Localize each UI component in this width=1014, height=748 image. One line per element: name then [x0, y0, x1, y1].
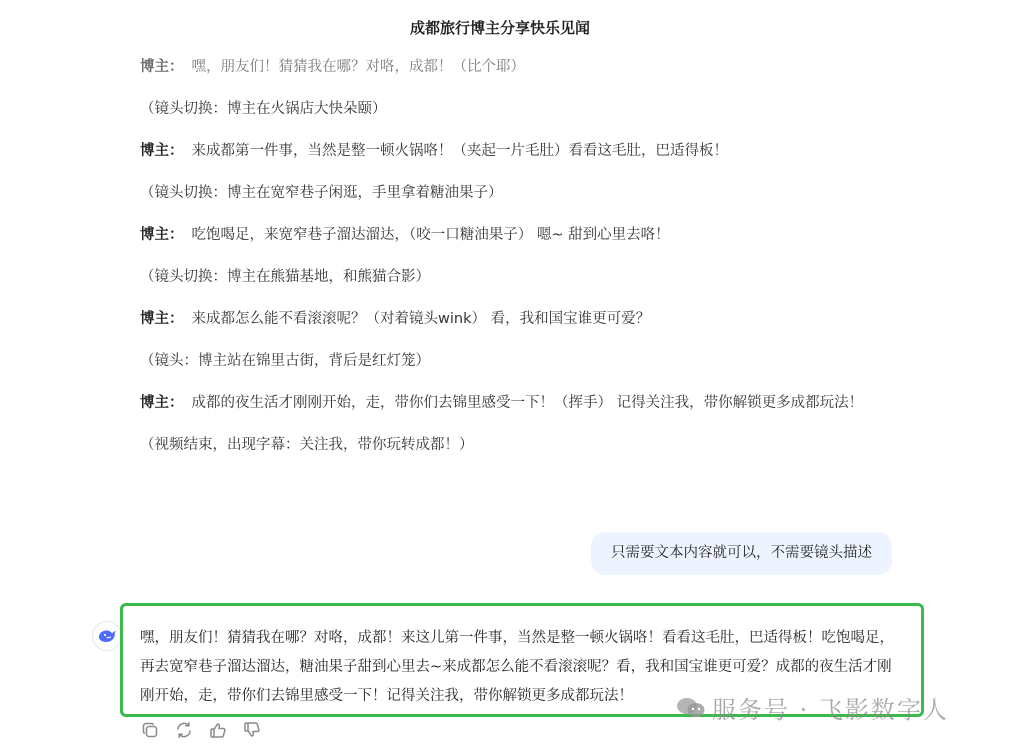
- whale-logo-icon: [92, 621, 122, 651]
- stage-direction: （镜头：博主站在锦里古街，背后是红灯笼）: [140, 346, 890, 376]
- regenerate-button[interactable]: [174, 720, 194, 740]
- chat-page: 成都旅行博主分享快乐见闻 博主：嘿，朋友们！猜猜我在哪？对咯，成都！（比个耶） …: [0, 0, 1014, 748]
- highlighted-answer-box: 嘿，朋友们！猜猜我在哪？对咯，成都！来这儿第一件事，当然是整一顿火锅咯！看看这毛…: [120, 603, 924, 717]
- speaker-label: 博主：: [140, 143, 184, 159]
- transcript-line: 博主：成都的夜生活才刚刚开始，走，带你们去锦里感受一下！（挥手） 记得关注我，带…: [140, 388, 890, 418]
- speaker-label: 博主：: [140, 227, 184, 243]
- copy-button[interactable]: [140, 720, 160, 740]
- stage-direction: （镜头切换：博主在宽窄巷子闲逛，手里拿着糖油果子）: [140, 178, 890, 208]
- assistant-message-text: 嘿，朋友们！猜猜我在哪？对咯，成都！来这儿第一件事，当然是整一顿火锅咯！看看这毛…: [140, 624, 900, 711]
- transcript-line: 博主：嘿，朋友们！猜猜我在哪？对咯，成都！（比个耶）: [140, 52, 890, 82]
- message-actions: [140, 720, 262, 740]
- thumbs-down-icon: [243, 721, 261, 739]
- conversation-title: 成都旅行博主分享快乐见闻: [0, 17, 1000, 38]
- transcript-line: 博主：来成都第一件事，当然是整一顿火锅咯！（夹起一片毛肚）看看这毛肚，巴适得板！: [140, 136, 890, 166]
- speaker-label: 博主：: [140, 395, 184, 411]
- refresh-icon: [175, 721, 193, 739]
- like-button[interactable]: [208, 720, 228, 740]
- user-message-bubble: 只需要文本内容就可以，不需要镜头描述: [591, 532, 892, 575]
- previous-assistant-response: 博主：嘿，朋友们！猜猜我在哪？对咯，成都！（比个耶） （镜头切换：博主在火锅店大…: [140, 52, 890, 472]
- speaker-label: 博主：: [140, 59, 184, 75]
- transcript-line: 博主：吃饱喝足，来宽窄巷子溜达溜达，（咬一口糖油果子） 嗯~ 甜到心里去咯！: [140, 220, 890, 250]
- copy-icon: [141, 721, 159, 739]
- stage-direction: （镜头切换：博主在火锅店大快朵颐）: [140, 94, 890, 124]
- stage-direction: （视频结束，出现字幕：关注我，带你玩转成都！）: [140, 430, 890, 460]
- thumbs-up-icon: [209, 721, 227, 739]
- speaker-label: 博主：: [140, 311, 184, 327]
- dislike-button[interactable]: [242, 720, 262, 740]
- transcript-line: 博主：来成都怎么能不看滚滚呢？（对着镜头wink） 看，我和国宝谁更可爱？: [140, 304, 890, 334]
- stage-direction: （镜头切换：博主在熊猫基地，和熊猫合影）: [140, 262, 890, 292]
